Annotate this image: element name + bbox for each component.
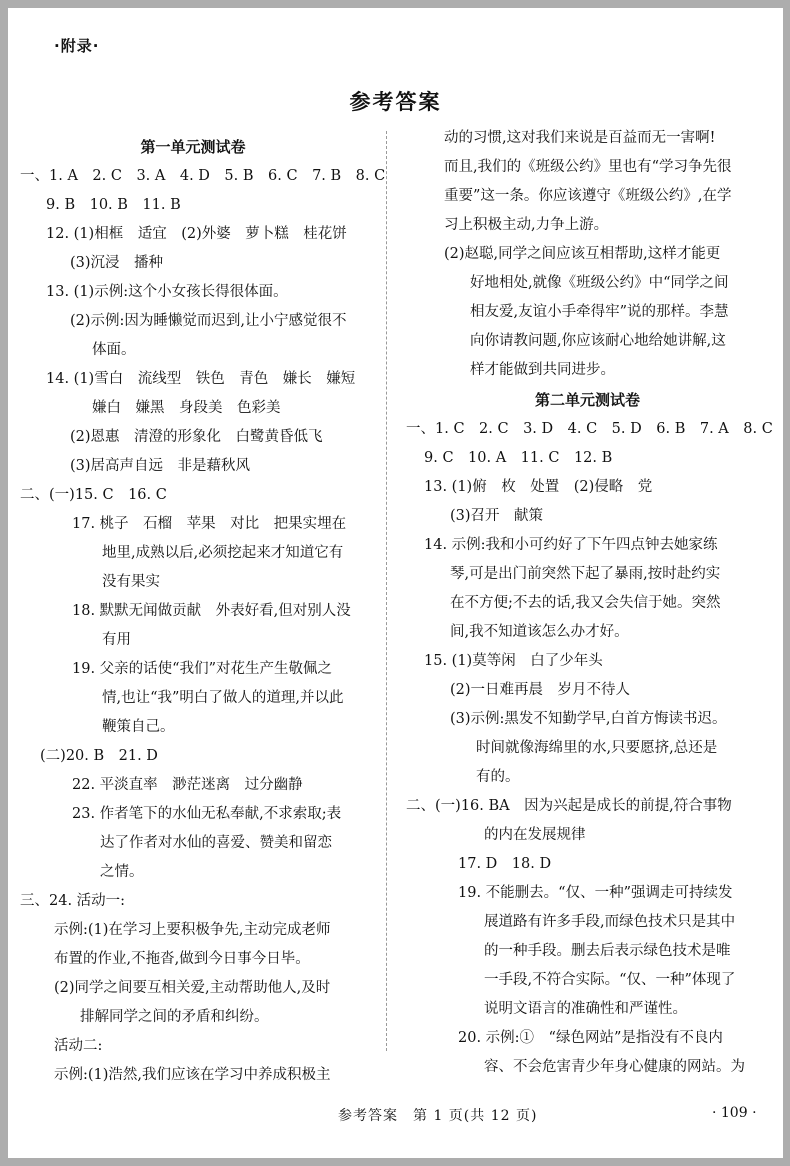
answer-line: 之情。 <box>8 858 378 887</box>
answer-line: 17. D 18. D <box>392 850 783 879</box>
answer-line: 达了作者对水仙的喜爱、赞美和留恋 <box>8 829 378 858</box>
answer-line: (2)一日难再晨 岁月不待人 <box>392 676 783 705</box>
column-divider <box>386 131 387 1051</box>
answer-line: 时间就像海绵里的水,只要愿挤,总还是 <box>392 734 783 763</box>
answer-line: (2)同学之间要互相关爱,主动帮助他人,及时 <box>8 974 378 1003</box>
answer-line: (2)恩惠 清澄的形象化 白鹭黄昏低飞 <box>8 423 378 452</box>
answer-line: 17. 桃子 石榴 苹果 对比 把果实埋在 <box>8 510 378 539</box>
footer-page-info: 参考答案 第 1 页(共 12 页) <box>338 1105 537 1125</box>
answer-line: 的一种手段。删去后表示绿色技术是唯 <box>392 937 783 966</box>
unit1-heading: 第一单元测试卷 <box>8 132 378 162</box>
answer-line: 好地相处,就像《班级公约》中“同学之间 <box>392 269 783 298</box>
answer-line: (3)示例:黑发不知勤学早,白首方悔读书迟。 <box>392 705 783 734</box>
page-title: 参考答案 <box>8 86 783 116</box>
appendix-label: ·附录· <box>54 35 99 56</box>
unit2-heading: 第二单元测试卷 <box>392 385 783 415</box>
unit2-answers: 一、1. C 2. C 3. D 4. C 5. D 6. B 7. A 8. … <box>392 415 783 1082</box>
answer-line: 体面。 <box>8 336 378 365</box>
answer-line: 在不方便;不去的话,我又会失信于她。突然 <box>392 589 783 618</box>
answer-line: 鞭策自己。 <box>8 713 378 742</box>
unit1-answers: 一、1. A 2. C 3. A 4. D 5. B 6. C 7. B 8. … <box>8 162 378 1090</box>
answer-line: 没有果实 <box>8 568 378 597</box>
right-column: 动的习惯,这对我们来说是百益而无一害啊!而且,我们的《班级公约》里也有“学习争先… <box>392 124 783 1082</box>
answer-line: (2)示例:因为睡懒觉而迟到,让小宁感觉很不 <box>8 307 378 336</box>
left-column: 第一单元测试卷 一、1. A 2. C 3. A 4. D 5. B 6. C … <box>8 132 378 1090</box>
answer-line: 相友爱,友谊小手牵得牢”说的那样。李慧 <box>392 298 783 327</box>
answer-line: 12. (1)相框 适宜 (2)外婆 萝卜糕 桂花饼 <box>8 220 378 249</box>
answer-line: 排解同学之间的矛盾和纠纷。 <box>8 1003 378 1032</box>
answer-line: (3)召开 献策 <box>392 502 783 531</box>
document-page: ·附录· 参考答案 第一单元测试卷 一、1. A 2. C 3. A 4. D … <box>8 8 783 1158</box>
answer-line: (2)赵聪,同学之间应该互相帮助,这样才能更 <box>392 240 783 269</box>
answer-line: 展道路有许多手段,而绿色技术只是其中 <box>392 908 783 937</box>
answer-line: 20. 示例:① “绿色网站”是指没有不良内 <box>392 1024 783 1053</box>
answer-line: 9. C 10. A 11. C 12. B <box>392 444 783 473</box>
answer-line: 13. (1)示例:这个小女孩长得很体面。 <box>8 278 378 307</box>
answer-line: 动的习惯,这对我们来说是百益而无一害啊! <box>392 124 783 153</box>
answer-line: 的内在发展规律 <box>392 821 783 850</box>
answer-line: 18. 默默无闻做贡献 外表好看,但对别人没 <box>8 597 378 626</box>
answer-line: 有用 <box>8 626 378 655</box>
answer-line: 二、(一)15. C 16. C <box>8 481 378 510</box>
answer-line: 活动二: <box>8 1032 378 1061</box>
answer-line: 二、(一)16. BA 因为兴起是成长的前提,符合事物 <box>392 792 783 821</box>
answer-line: 一、1. C 2. C 3. D 4. C 5. D 6. B 7. A 8. … <box>392 415 783 444</box>
answer-line: (二)20. B 21. D <box>8 742 378 771</box>
answer-line: 嫌白 嫌黑 身段美 色彩美 <box>8 394 378 423</box>
answer-line: 22. 平淡直率 渺茫迷离 过分幽静 <box>8 771 378 800</box>
answer-line: 示例:(1)浩然,我们应该在学习中养成积极主 <box>8 1061 378 1090</box>
answer-line: 示例:(1)在学习上要积极争先,主动完成老师 <box>8 916 378 945</box>
answer-line: 19. 父亲的话使“我们”对花生产生敬佩之 <box>8 655 378 684</box>
answer-line: 9. B 10. B 11. B <box>8 191 378 220</box>
unit1-answers-continued: 动的习惯,这对我们来说是百益而无一害啊!而且,我们的《班级公约》里也有“学习争先… <box>392 124 783 385</box>
answer-line: (3)沉浸 播种 <box>8 249 378 278</box>
answer-line: 23. 作者笔下的水仙无私奉献,不求索取;表 <box>8 800 378 829</box>
answer-line: 间,我不知道该怎么办才好。 <box>392 618 783 647</box>
answer-line: 情,也让“我”明白了做人的道理,并以此 <box>8 684 378 713</box>
page-footer: 参考答案 第 1 页(共 12 页) · 109 · <box>8 1105 783 1127</box>
answer-line: 14. (1)雪白 流线型 铁色 青色 嫌长 嫌短 <box>8 365 378 394</box>
answer-line: 13. (1)俯 枚 处置 (2)侵略 党 <box>392 473 783 502</box>
answer-line: 说明文语言的准确性和严谨性。 <box>392 995 783 1024</box>
answer-line: 14. 示例:我和小可约好了下午四点钟去她家练 <box>392 531 783 560</box>
answer-line: 容、不会危害青少年身心健康的网站。为 <box>392 1053 783 1082</box>
answer-line: 重要”这一条。你应该遵守《班级公约》,在学 <box>392 182 783 211</box>
answer-line: 三、24. 活动一: <box>8 887 378 916</box>
answer-line: 而且,我们的《班级公约》里也有“学习争先很 <box>392 153 783 182</box>
answer-line: 样才能做到共同进步。 <box>392 356 783 385</box>
answer-line: 一、1. A 2. C 3. A 4. D 5. B 6. C 7. B 8. … <box>8 162 378 191</box>
answer-line: 向你请教问题,你应该耐心地给她讲解,这 <box>392 327 783 356</box>
answer-line: 琴,可是出门前突然下起了暴雨,按时赴约实 <box>392 560 783 589</box>
answer-line: 地里,成熟以后,必须挖起来才知道它有 <box>8 539 378 568</box>
answer-line: 一手段,不符合实际。“仅、一种”体现了 <box>392 966 783 995</box>
answer-line: 19. 不能删去。“仅、一种”强调走可持续发 <box>392 879 783 908</box>
answer-line: 15. (1)莫等闲 白了少年头 <box>392 647 783 676</box>
answer-line: 习上积极主动,力争上游。 <box>392 211 783 240</box>
answer-line: 有的。 <box>392 763 783 792</box>
page-number: · 109 · <box>712 1105 757 1121</box>
answer-line: 布置的作业,不拖沓,做到今日事今日毕。 <box>8 945 378 974</box>
answer-line: (3)居高声自远 非是藉秋风 <box>8 452 378 481</box>
